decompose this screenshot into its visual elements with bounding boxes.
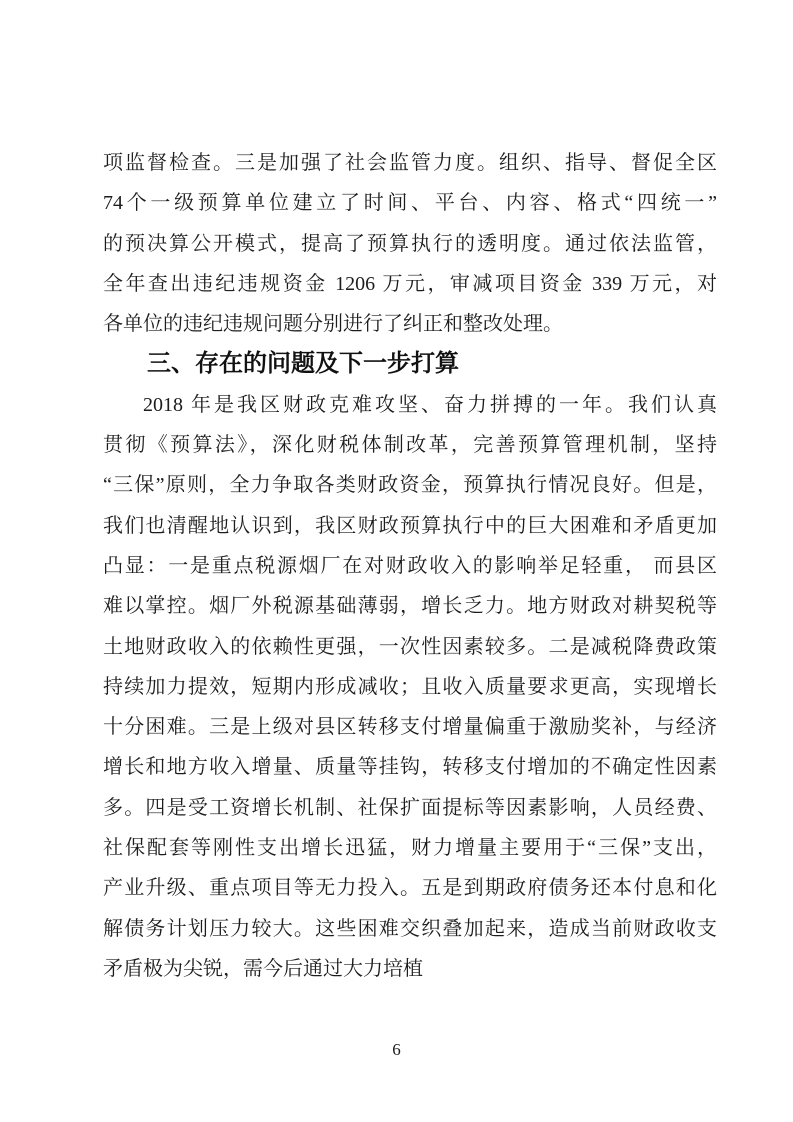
text-line: 社保配套等刚性支出增长迅猛，财力增量主要用于“三保”支出， [103,828,717,868]
page-footer: 6 [0,1040,793,1060]
text-line: 增长和地方收入增量、质量等挂钩，转移支付增加的不确定性因素 [103,747,717,787]
text-line: 我们也清醒地认识到，我区财政预算执行中的巨大困难和矛盾更加 [103,506,717,546]
text-line: 74个一级预算单位建立了时间、平台、内容、格式“四统一” [103,183,717,223]
text-line: 难以掌控。烟厂外税源基础薄弱，增长乏力。地方财政对耕契税等 [103,586,717,626]
text-line: 项监督检查。三是加强了社会监管力度。组织、指导、督促全区 [103,143,717,183]
document-body: 项监督检查。三是加强了社会监管力度。组织、指导、督促全区 74个一级预算单位建立… [103,143,717,989]
text-line: 全年查出违纪违规资金 1206 万元，审减项目资金 339 万元，对 [103,264,717,304]
text-line: 产业升级、重点项目等无力投入。五是到期政府债务还本付息和化 [103,868,717,908]
text-line-paragraph-end: 矛盾极为尖锐，需今后通过大力培植 [103,949,717,989]
document-page: 项监督检查。三是加强了社会监管力度。组织、指导、督促全区 74个一级预算单位建立… [0,0,793,1122]
text-line: “三保”原则，全力争取各类财政资金，预算执行情况良好。但是， [103,465,717,505]
text-line: 十分困难。三是上级对县区转移支付增量偏重于激励奖补，与经济 [103,707,717,747]
text-line: 贯彻《预算法》，深化财税体制改革，完善预算管理机制，坚持 [103,425,717,465]
text-line: 多。四是受工资增长机制、社保扩面提标等因素影响，人员经费、 [103,788,717,828]
text-line: 的预决算公开模式，提高了预算执行的透明度。通过依法监管， [103,224,717,264]
text-line-paragraph-start: 2018 年是我区财政克难攻坚、奋力拼搏的一年。我们认真 [103,385,717,425]
page-number: 6 [392,1040,401,1059]
text-line: 解债务计划压力较大。这些困难交织叠加起来，造成当前财政收支 [103,909,717,949]
text-line: 凸显：一是重点税源烟厂在对财政收入的影响举足轻重， 而县区 [103,546,717,586]
section-heading: 三、存在的问题及下一步打算 [103,344,717,384]
text-line-paragraph-end: 各单位的违纪违规问题分别进行了纠正和整改处理。 [103,304,717,344]
text-line: 土地财政收入的依赖性更强，一次性因素较多。二是减税降费政策 [103,627,717,667]
text-line: 持续加力提效，短期内形成减收；且收入质量要求更高，实现增长 [103,667,717,707]
